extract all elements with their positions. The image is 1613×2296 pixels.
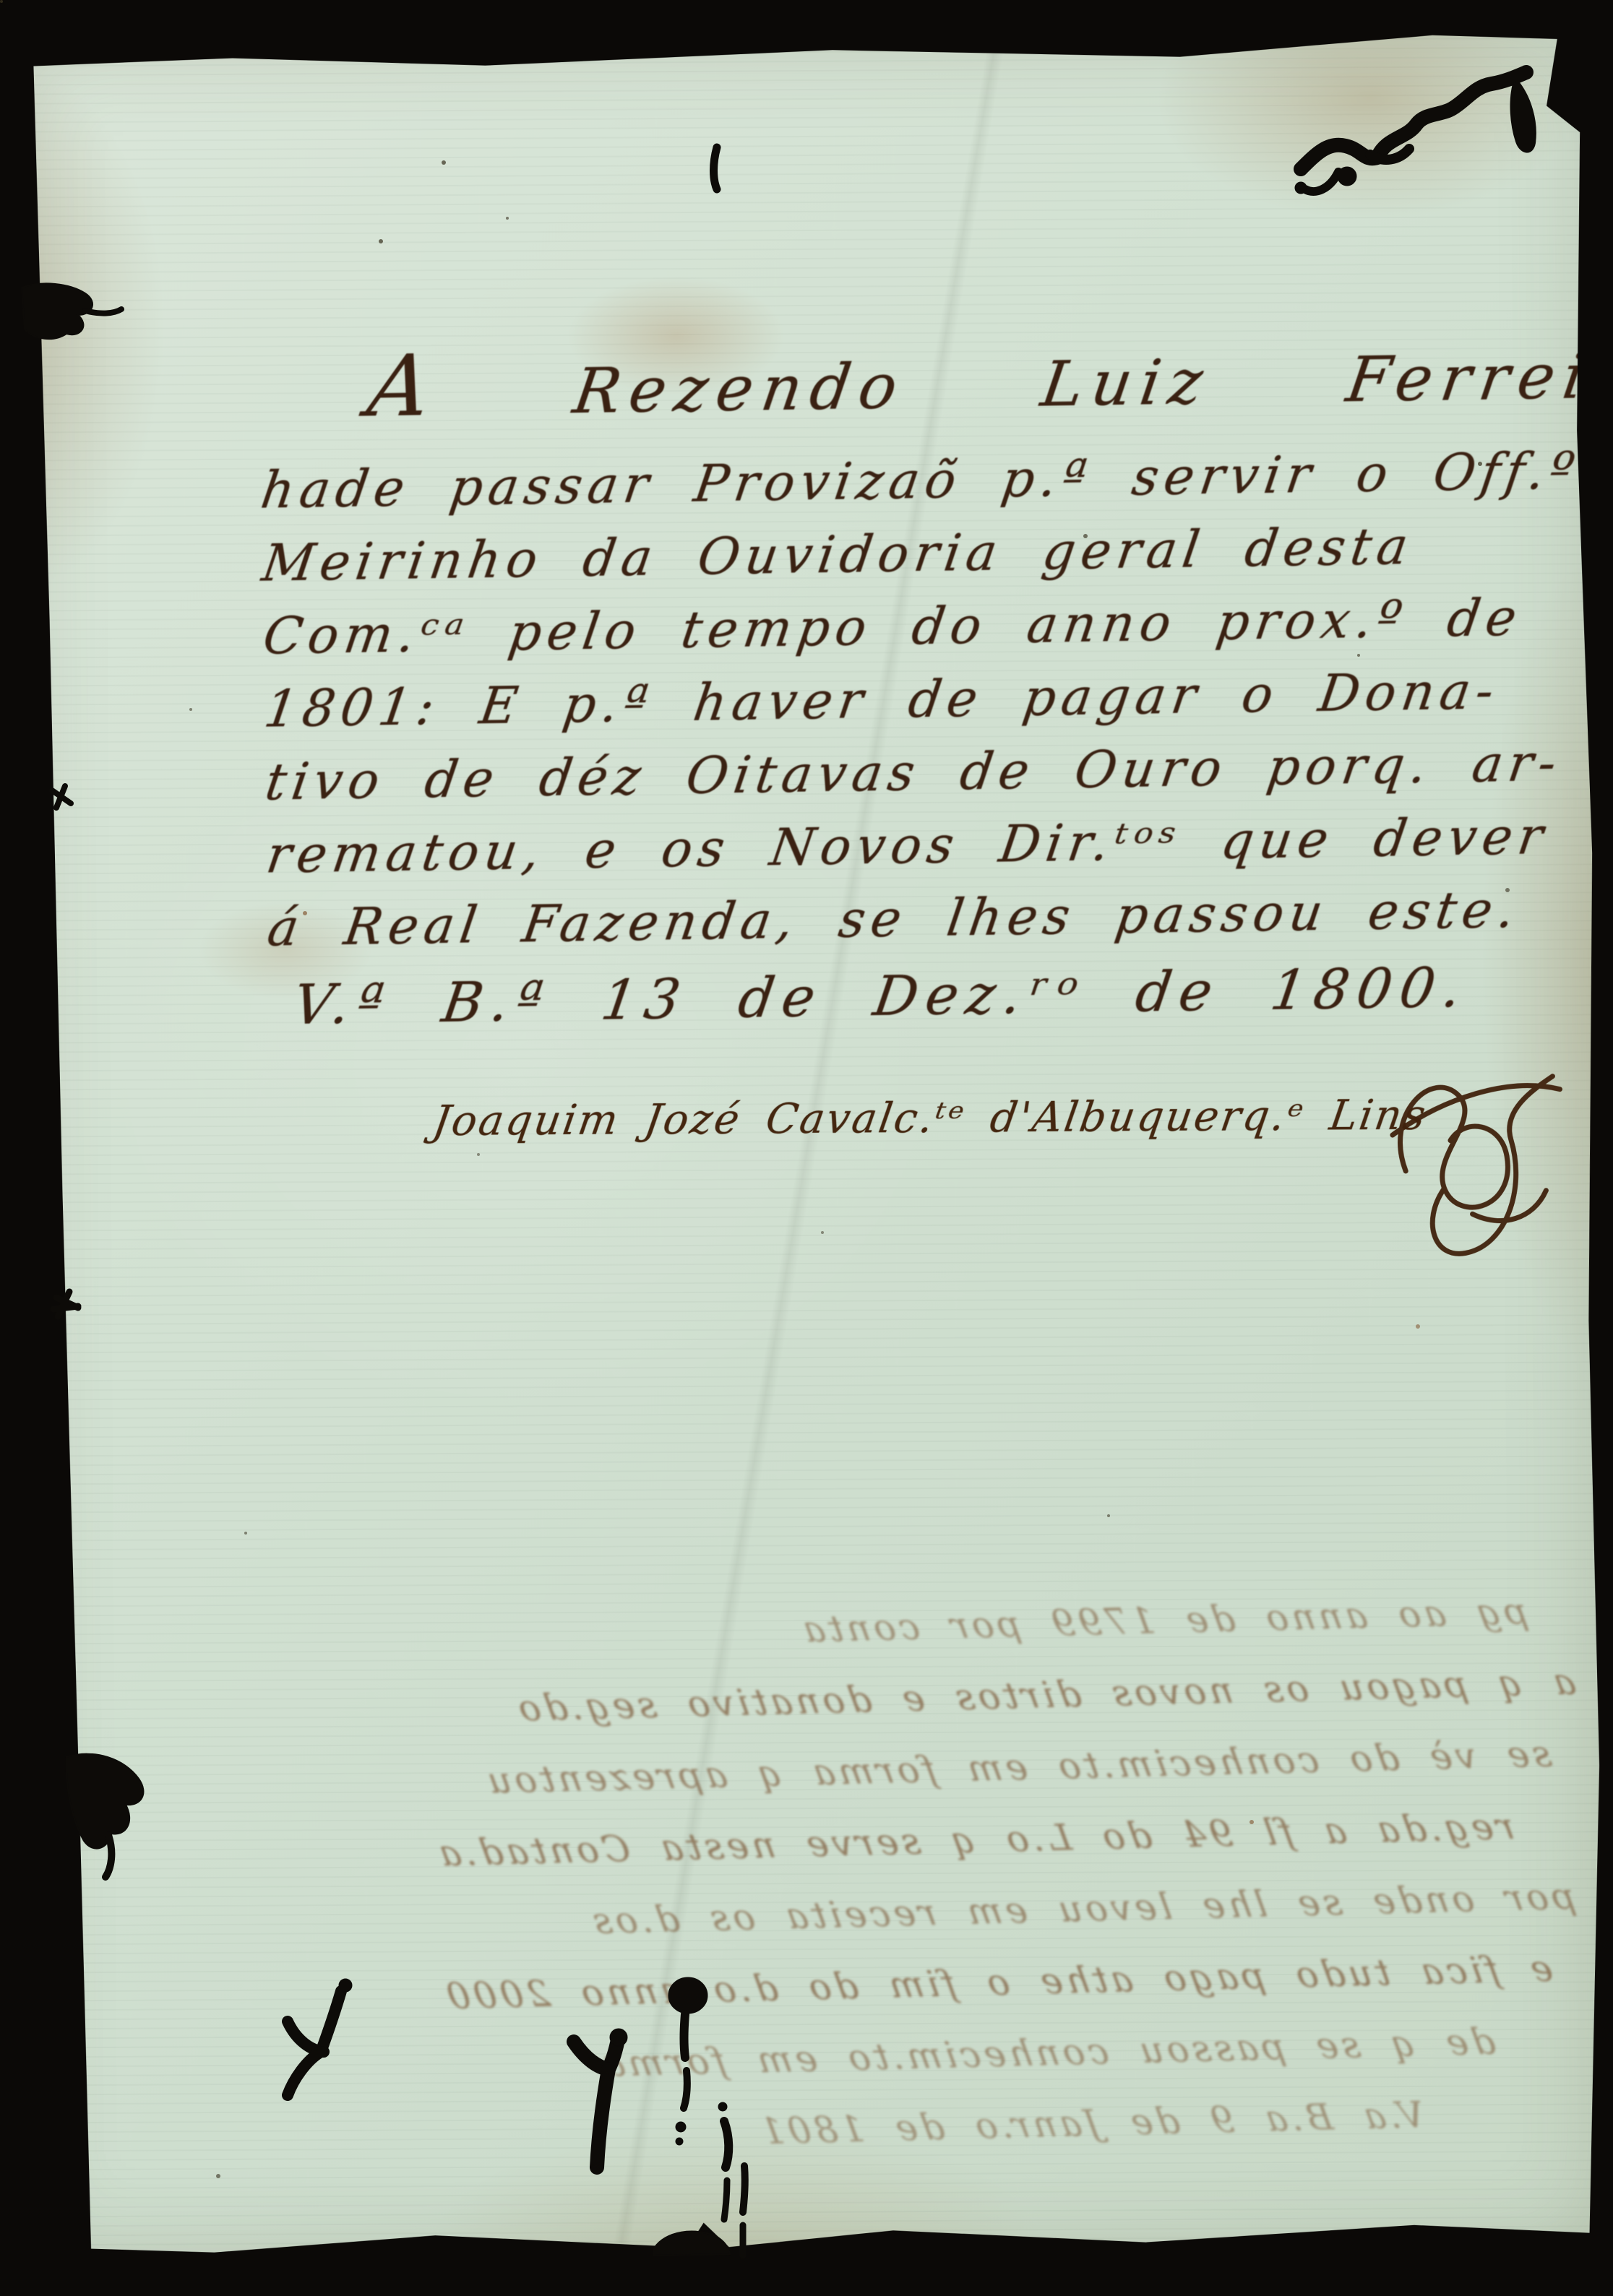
- paper-specks: [0, 0, 3, 3]
- bleedthrough-text: pg ao anno de 1799 por conta a q pagou o…: [63, 1574, 1593, 2248]
- manuscript-page: A Rezendo Luiz Ferreira, se hade passar …: [12, 30, 1604, 2264]
- signature-paraph: [1363, 1047, 1581, 1279]
- scanned-manuscript: A Rezendo Luiz Ferreira, se hade passar …: [0, 0, 1613, 2296]
- signature-line: Joaquim Jozé Cavalc.ᵗᵉ d'Albuquerq.ᵉ Lin…: [430, 1092, 1431, 1145]
- manuscript-line: A Rezendo Luiz Ferreira, se: [251, 311, 1584, 454]
- letter-body: A Rezendo Luiz Ferreira, se hade passar …: [259, 312, 1585, 1046]
